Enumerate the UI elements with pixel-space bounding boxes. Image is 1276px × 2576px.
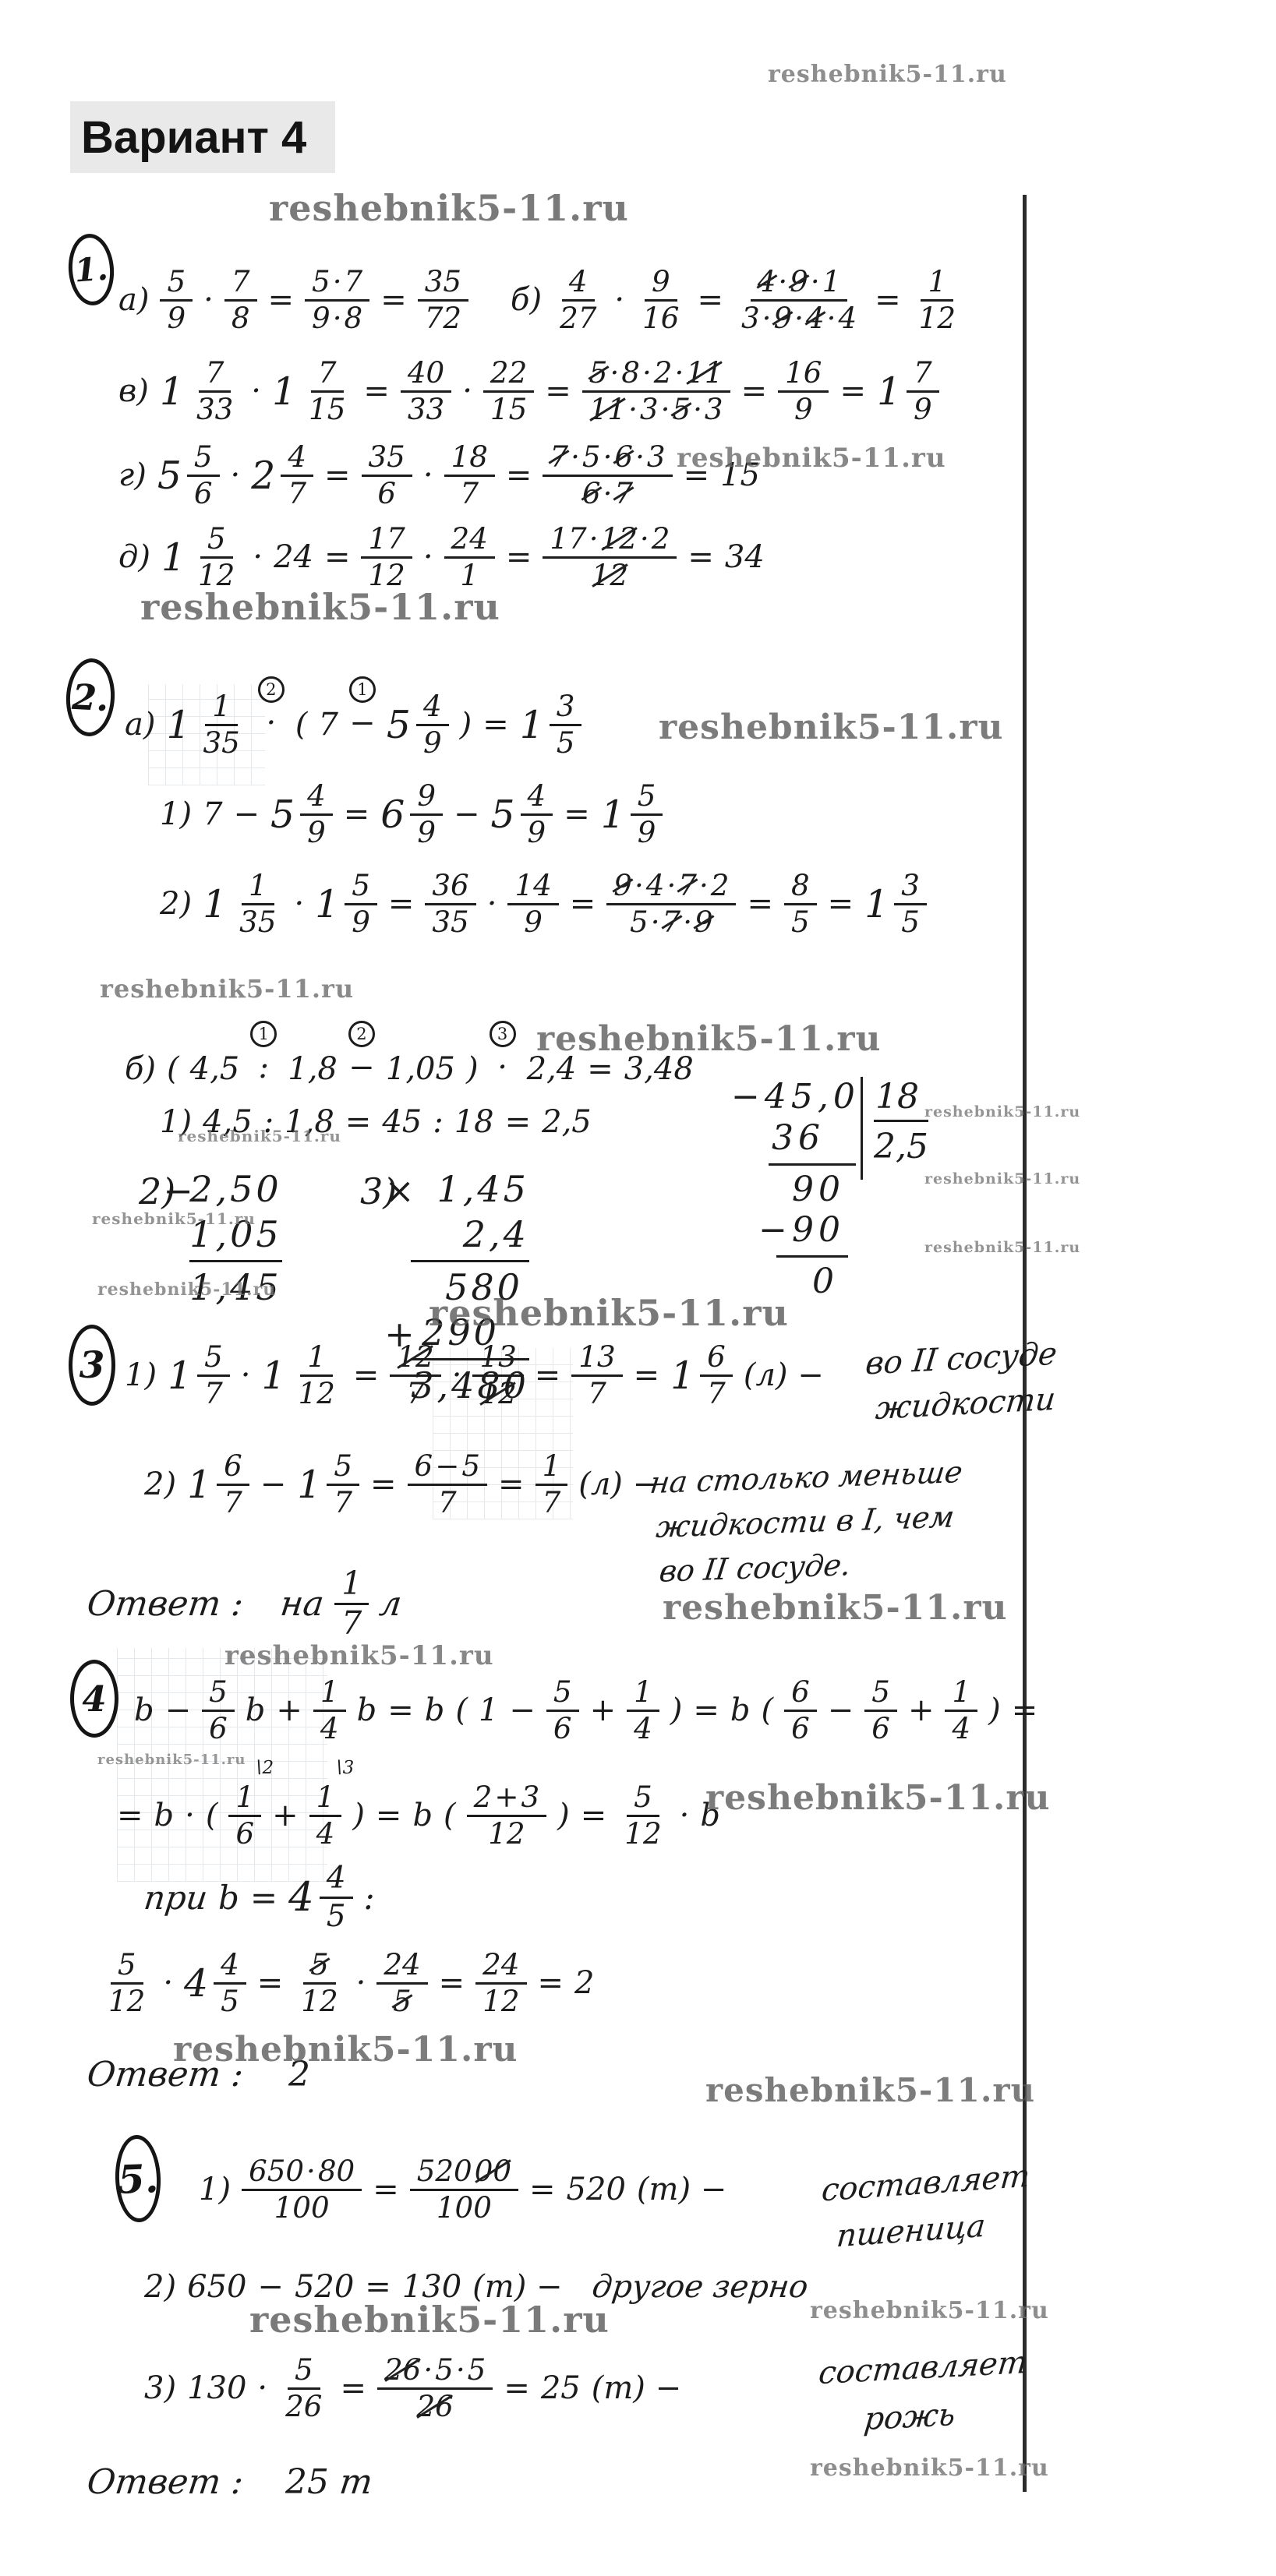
math-text: :: [364, 1879, 375, 1917]
digit: 35: [369, 443, 405, 472]
digit: 8: [232, 304, 250, 333]
cancelled-number: 6: [614, 443, 633, 472]
math-text: ·: [487, 886, 497, 922]
math-text: ·: [203, 282, 214, 318]
digit: 5: [194, 443, 213, 472]
digit: 6: [235, 1819, 254, 1849]
math-text: =: [839, 373, 866, 409]
math-text: −: [165, 1692, 192, 1728]
digit: 12: [624, 1819, 661, 1849]
equation-row: 2)1135·159=3635·149=9·4·7·25·7·9=85=135: [160, 856, 927, 952]
mixed-number: 159: [601, 782, 663, 848]
digit: ·: [827, 304, 836, 333]
digit: ·: [811, 267, 820, 297]
fraction: 45: [214, 1950, 246, 2017]
equation-row: 512·445=512·245=2412=2: [101, 1935, 594, 2031]
math-text: 25: [285, 2462, 329, 2502]
math-text: =: [498, 1466, 525, 1502]
handwritten-annotation: составляетпшеница: [820, 2153, 1034, 2260]
digit: 12: [108, 1987, 145, 2017]
math-text: 2,5: [542, 1104, 592, 1140]
equation-row: Ответ :25т: [87, 2433, 373, 2530]
fraction: 59: [160, 267, 193, 333]
equation-row: Ответ :на17л: [87, 1555, 401, 1652]
watermark: reshebnik5-11.ru: [768, 61, 1007, 88]
digit: 3: [901, 871, 920, 901]
digit: 1: [928, 267, 946, 297]
digit: 12: [919, 304, 956, 333]
fraction: 427: [553, 267, 603, 333]
digit: ·: [699, 871, 709, 901]
fraction: 9·4·7·25·7·9: [606, 871, 736, 937]
fraction: 526: [278, 2355, 329, 2422]
equation-row: 1)4,5:1,8=45:18=2,5: [160, 1074, 592, 1170]
fraction: 17·12·212: [543, 524, 677, 591]
cursive-text: на: [278, 1584, 326, 1624]
fraction: 650·80100: [242, 2157, 362, 2223]
watermark: reshebnik5-11.ru: [659, 708, 1004, 747]
digit: 8: [345, 304, 363, 333]
fraction: 49: [416, 692, 449, 758]
digit: 1: [341, 1568, 362, 1600]
digit: ·: [640, 524, 649, 554]
digit: 5: [167, 267, 186, 297]
digit: 16: [785, 358, 822, 388]
fraction: 78: [224, 267, 257, 333]
cursive-text: Ответ :: [85, 1584, 246, 1624]
digit: 6: [707, 1343, 726, 1372]
math-text: ): [988, 1692, 1001, 1728]
math-text: +: [908, 1692, 935, 1728]
cancelled-number: 12: [601, 524, 638, 554]
watermark: reshebnik5-11.ru: [924, 1103, 1080, 1120]
digit: 35: [239, 908, 276, 937]
cancelled-number: 9: [790, 267, 808, 297]
division-step: 36: [731, 1118, 856, 1159]
fraction: 1712: [361, 524, 412, 591]
fraction: 56: [187, 443, 220, 509]
scanned-homework-page: Вариант 4 reshebnik5-11.rureshebnik5-11.…: [0, 0, 1276, 2576]
math-text: =: [363, 373, 390, 409]
mixed-number: 549: [387, 692, 449, 758]
digit: 17: [368, 524, 405, 554]
column-row: 1,45×: [411, 1167, 529, 1212]
mixed-number: 135: [864, 871, 927, 937]
digit: 9: [307, 818, 326, 848]
digit: 9: [914, 395, 932, 425]
digit: 1: [952, 1678, 970, 1707]
mixed-number: 549: [491, 782, 553, 848]
operation-order-mark: 1−: [349, 676, 376, 741]
fraction: 52000100: [410, 2157, 518, 2223]
fraction: 47: [281, 443, 313, 509]
page-title: Вариант 4: [70, 101, 335, 173]
circled-step-number: 2: [258, 676, 285, 703]
digit: 1: [235, 1783, 254, 1812]
fraction: 149: [507, 871, 558, 937]
digit: 4: [838, 304, 857, 333]
fraction: 35: [550, 692, 582, 758]
digit: 7: [232, 267, 250, 297]
math-text: b: [134, 1692, 154, 1728]
fraction: 135: [196, 692, 247, 758]
digit: 7: [588, 1379, 606, 1409]
column-numbers: 1,45×2,4580290+3,480: [411, 1167, 529, 1409]
digit: 12: [301, 1987, 338, 2017]
digit: 5: [638, 782, 656, 811]
digit: 33: [196, 395, 233, 425]
watermark: reshebnik5-11.ru: [663, 1588, 1008, 1628]
math-text: =: [535, 1357, 561, 1393]
mixed-number: 549: [270, 782, 333, 848]
fraction: 14: [627, 1678, 659, 1744]
math-text: −: [454, 796, 480, 832]
handwritten-annotation: во II сосудежидкости: [864, 1332, 1060, 1432]
math-text: ·: [231, 457, 241, 493]
digit: ·: [306, 2157, 316, 2186]
math-text: (: [295, 707, 308, 743]
cancelled-number: 4: [758, 267, 776, 297]
cancelled-number: 5: [589, 358, 608, 388]
math-text: ·: [257, 2370, 267, 2406]
fraction: 512: [101, 1950, 152, 2017]
math-text: =: [564, 796, 590, 832]
math-text: 2): [144, 1466, 176, 1502]
math-text: =: [388, 886, 415, 922]
fraction: 3635: [425, 871, 475, 937]
operator-sign: ×: [384, 1169, 415, 1214]
digit: 17: [550, 524, 586, 554]
operation-order-mark: 2·: [258, 676, 285, 741]
mixed-number: 247: [251, 443, 313, 509]
fraction: 733: [189, 358, 240, 425]
digit: 1: [320, 1678, 339, 1707]
fraction: 26·5·526: [377, 2355, 493, 2422]
math-text: а): [125, 707, 155, 743]
math-text: ): [460, 707, 472, 743]
digit: +: [494, 1783, 518, 1812]
math-text: (т) −: [637, 2172, 726, 2207]
fraction: 49: [300, 782, 333, 848]
math-text: 520: [567, 2172, 626, 2207]
digit: 5: [557, 729, 575, 758]
mixed-number: 699: [380, 782, 443, 848]
math-text: в): [118, 373, 149, 409]
mixed-number: 179: [877, 358, 939, 425]
fraction: 17: [334, 1568, 369, 1639]
mixed-number: 167: [187, 1452, 249, 1518]
digit: 5: [334, 1452, 352, 1481]
watermark: reshebnik5-11.ru: [705, 1778, 1051, 1818]
digit: ·: [603, 479, 613, 509]
math-text: (: [455, 1692, 468, 1728]
math-text: =: [250, 1879, 277, 1917]
math-text: =: [504, 2370, 530, 2406]
digit: 2: [652, 524, 670, 554]
problem-number-circle: 1.: [66, 232, 116, 307]
problem-number-circle: 3: [69, 1325, 115, 1406]
math-text: =: [697, 282, 723, 318]
digit: 4: [320, 1714, 339, 1744]
fraction: 512: [191, 524, 242, 591]
fraction: 79: [907, 358, 939, 425]
math-text: ·: [294, 886, 304, 922]
math-text: =: [741, 373, 768, 409]
fraction: 56: [202, 1678, 235, 1744]
digit: 9: [417, 782, 436, 811]
digit: 4: [307, 782, 326, 811]
circled-step-number: 1: [349, 676, 376, 703]
digit: 7: [460, 479, 479, 509]
digit: 5: [312, 267, 330, 297]
math-text: =: [340, 2370, 366, 2406]
digit: ·: [635, 443, 645, 472]
math-text: =: [828, 886, 854, 922]
math-text: 1): [125, 1357, 157, 1393]
digit: 1: [249, 871, 267, 901]
math-text: +: [590, 1692, 617, 1728]
math-text: =: [344, 796, 370, 832]
cancelled-number: 11: [686, 358, 723, 388]
digit: ·: [651, 908, 660, 937]
math-text: ·: [614, 282, 624, 318]
watermark: reshebnik5-11.ru: [100, 974, 354, 1004]
fraction: 85: [784, 871, 817, 937]
math-text: ·: [462, 373, 472, 409]
cursive-text: т: [338, 2462, 375, 2502]
digit: 9: [528, 818, 546, 848]
digit: ·: [661, 395, 670, 425]
digit: 100: [437, 2193, 492, 2223]
watermark: reshebnik5-11.ru: [810, 2297, 1049, 2324]
digit: 5: [791, 908, 810, 937]
watermark: reshebnik5-11.ru: [429, 1292, 789, 1334]
digit: 4: [569, 267, 588, 297]
digit: 650: [249, 2157, 304, 2186]
watermark: reshebnik5-11.ru: [140, 586, 500, 628]
digit: 8: [621, 358, 640, 388]
fraction: 112: [912, 267, 963, 333]
watermark: reshebnik5-11.ru: [97, 1279, 276, 1300]
fraction: 66: [784, 1678, 817, 1744]
math-text: 7: [203, 796, 222, 832]
fraction: 45: [320, 1863, 353, 1932]
digit: 12: [482, 1987, 519, 2017]
fraction: 59: [631, 782, 663, 848]
fraction: 356: [362, 443, 412, 509]
cancelled-number: 7: [678, 871, 697, 901]
circled-step-number: 2: [348, 1021, 375, 1047]
fraction: 169: [778, 358, 829, 425]
fraction: 57: [197, 1343, 230, 1409]
math-text: (: [206, 1798, 218, 1833]
math-text: =: [634, 1357, 660, 1393]
math-text: 18: [454, 1104, 494, 1140]
watermark: reshebnik5-11.ru: [536, 1019, 882, 1059]
math-text: =: [529, 2172, 556, 2207]
column-multiplication-block: 3)1,45×2,4580290+3,480: [360, 1167, 529, 1409]
cancelled-number: 9: [613, 871, 632, 901]
equation-row: в)1733·1715=4033·2215=5·8·2·1111·3·5·3=1…: [118, 343, 939, 439]
digit: 2: [711, 871, 730, 901]
digit: 3: [640, 395, 659, 425]
math-text: (: [444, 1798, 456, 1833]
math-text: +: [276, 1692, 302, 1728]
fraction: 14∖3: [309, 1783, 342, 1849]
digit: 7: [341, 1607, 362, 1640]
digit: 5: [207, 524, 226, 554]
digit: 14: [514, 871, 551, 901]
digit: 7: [438, 1488, 457, 1518]
digit: 3: [647, 443, 666, 472]
digit: 6: [194, 479, 213, 509]
digit: 5: [221, 1987, 239, 2017]
digit: 12: [488, 1819, 525, 1849]
digit: 520: [417, 2157, 472, 2186]
mixed-number: 1135: [203, 871, 283, 937]
digit: ·: [456, 2355, 465, 2385]
digit: 3: [705, 395, 723, 425]
equation-row: а)11352·(71−549)=135: [125, 676, 581, 773]
digit: 6: [377, 479, 396, 509]
digit: 12: [299, 1379, 335, 1409]
digit: 40: [408, 358, 444, 388]
digit: 72: [425, 304, 461, 333]
math-text: 45: [382, 1104, 422, 1140]
math-text: −: [828, 1692, 854, 1728]
fraction: 137: [571, 1343, 622, 1409]
watermark: reshebnik5-11.ru: [97, 1752, 246, 1768]
digit: 7: [224, 1488, 242, 1518]
digit: 9: [167, 304, 186, 333]
common-denominator-mark: ∖3: [331, 1759, 354, 1777]
digit: 9: [417, 818, 436, 848]
math-text: а): [118, 282, 149, 318]
digit: 4: [423, 692, 442, 722]
cursive-text: л: [377, 1584, 404, 1624]
math-text: b: [425, 1692, 445, 1728]
digit: 4: [646, 871, 665, 901]
digit: 1: [316, 1783, 335, 1812]
math-text: ·: [423, 539, 433, 575]
math-text: =: [581, 1798, 607, 1833]
problem-number-circle: 4: [70, 1660, 118, 1738]
digit: 3: [741, 304, 760, 333]
math-text: ): [557, 1798, 570, 1833]
math-text: ·: [241, 1357, 251, 1393]
division-right-column: 182,5: [861, 1077, 928, 1180]
fraction: 56: [864, 1678, 897, 1744]
digit: ·: [674, 358, 684, 388]
equation-row: приb=445:: [144, 1849, 375, 1946]
cursive-text: при: [142, 1879, 210, 1917]
math-text: =: [380, 282, 407, 318]
math-text: =: [693, 1692, 719, 1728]
math-text: (л) −: [578, 1466, 659, 1502]
watermark: reshebnik5-11.ru: [249, 2299, 610, 2341]
math-text: +: [272, 1798, 299, 1833]
math-text: г): [118, 457, 147, 493]
fraction: 135: [232, 871, 283, 937]
fraction: 14: [945, 1678, 977, 1744]
digit: −: [435, 1452, 459, 1481]
math-text: =: [370, 1466, 397, 1502]
watermark: reshebnik5-11.ru: [224, 1640, 494, 1671]
fraction: 67: [217, 1452, 249, 1518]
digit: ·: [693, 395, 702, 425]
cancelled-number: 7: [614, 479, 633, 509]
watermark: reshebnik5-11.ru: [173, 2030, 518, 2070]
math-text: =: [373, 2172, 399, 2207]
digit: 4: [952, 1714, 970, 1744]
digit: ·: [333, 304, 342, 333]
math-text: =: [268, 282, 295, 318]
digit: 18: [451, 443, 488, 472]
digit: 2: [654, 358, 673, 388]
math-text: =: [257, 1965, 284, 2001]
digit: 6: [791, 1714, 810, 1744]
digit: 5: [468, 2355, 486, 2385]
division-left-column: −45,03690−900: [731, 1077, 856, 1303]
math-text: =: [570, 886, 596, 922]
fraction: 16∖2: [228, 1783, 261, 1849]
digit: 6: [553, 1714, 572, 1744]
digit: 4: [221, 1950, 239, 1980]
fraction: 99: [410, 782, 443, 848]
digit: 80: [318, 2157, 355, 2186]
digit: 4: [528, 782, 546, 811]
equation-row: 3)130·526=26·5·526=25(т) −: [144, 2340, 681, 2437]
mixed-number: 157: [168, 1343, 230, 1409]
digit: 24: [384, 1950, 420, 1980]
digit: 100: [274, 2193, 330, 2223]
math-text: 1): [160, 796, 192, 832]
math-text: :: [433, 1104, 443, 1140]
digit: 5: [582, 443, 601, 472]
math-text: =: [545, 373, 571, 409]
math-text: −: [234, 796, 260, 832]
watermark: reshebnik5-11.ru: [92, 1209, 256, 1228]
digit: 5: [461, 1452, 480, 1481]
cancelled-number: 00: [475, 2157, 511, 2186]
cancelled-number: 7: [663, 908, 681, 937]
digit: ·: [666, 871, 676, 901]
math-text: 1: [479, 1692, 498, 1728]
digit: 26: [285, 2392, 322, 2422]
fraction: 14: [313, 1678, 346, 1744]
digit: 9: [312, 304, 330, 333]
math-text: −: [509, 1692, 535, 1728]
digit: 5: [553, 1678, 572, 1707]
digit: 9: [352, 908, 370, 937]
digit: ·: [762, 304, 772, 333]
digit: ·: [628, 395, 638, 425]
math-text: 25: [541, 2370, 581, 2406]
digit: 1: [543, 1452, 561, 1481]
fraction: 57: [327, 1452, 359, 1518]
cancelled-number: 12: [592, 561, 628, 591]
math-text: ·: [356, 1965, 366, 2001]
mixed-number: 1733: [160, 358, 240, 425]
division-step: −45,0: [731, 1077, 856, 1118]
fraction: 7·5·6·36·7: [543, 443, 672, 509]
digit: 5: [435, 2355, 454, 2385]
problem-number-circle: 5.: [114, 2134, 162, 2223]
digit: 5: [209, 1678, 228, 1707]
math-text: 650: [187, 2269, 246, 2305]
math-text: =: [324, 457, 351, 493]
math-text: =: [506, 457, 532, 493]
